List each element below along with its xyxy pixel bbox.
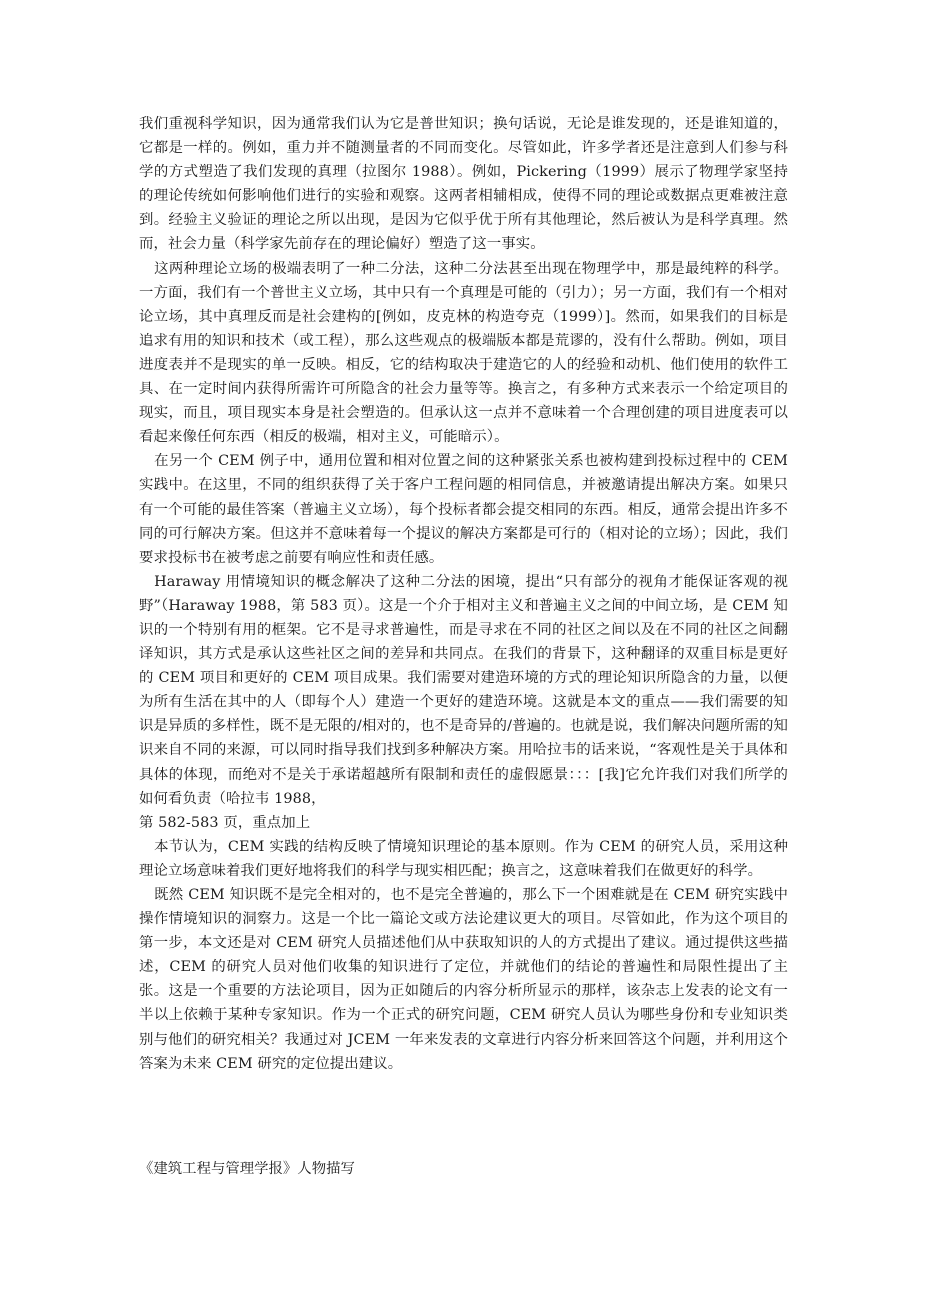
paragraph-section-argument: 本节认为，CEM 实践的结构反映了情境知识理论的基本原则。作为 CEM 的研究人… <box>139 835 788 883</box>
document-body: 我们重视科学知识，因为通常我们认为它是普世知识；换句话说，无论是谁发现的，还是谁… <box>139 112 788 1076</box>
paragraph-scientific-knowledge: 我们重视科学知识，因为通常我们认为它是普世知识；换句话说，无论是谁发现的，还是谁… <box>139 112 788 257</box>
paragraph-citation-pages: 第 582-583 页，重点加上 <box>139 811 788 835</box>
paragraph-research-question: 既然 CEM 知识既不是完全相对的，也不是完全普遍的，那么下一个困难就是在 CE… <box>139 883 788 1076</box>
paragraph-haraway: Haraway 用情境知识的概念解决了这种二分法的困境，提出“只有部分的视角才能… <box>139 570 788 811</box>
section-title: 《建筑工程与管理学报》人物描写 <box>139 1157 355 1181</box>
paragraph-cem-bidding: 在另一个 CEM 例子中，通用位置和相对位置之间的这种紧张关系也被构建到投标过程… <box>139 449 788 569</box>
paragraph-dichotomy: 这两种理论立场的极端表明了一种二分法，这种二分法甚至出现在物理学中，那是最纯粹的… <box>139 257 788 450</box>
